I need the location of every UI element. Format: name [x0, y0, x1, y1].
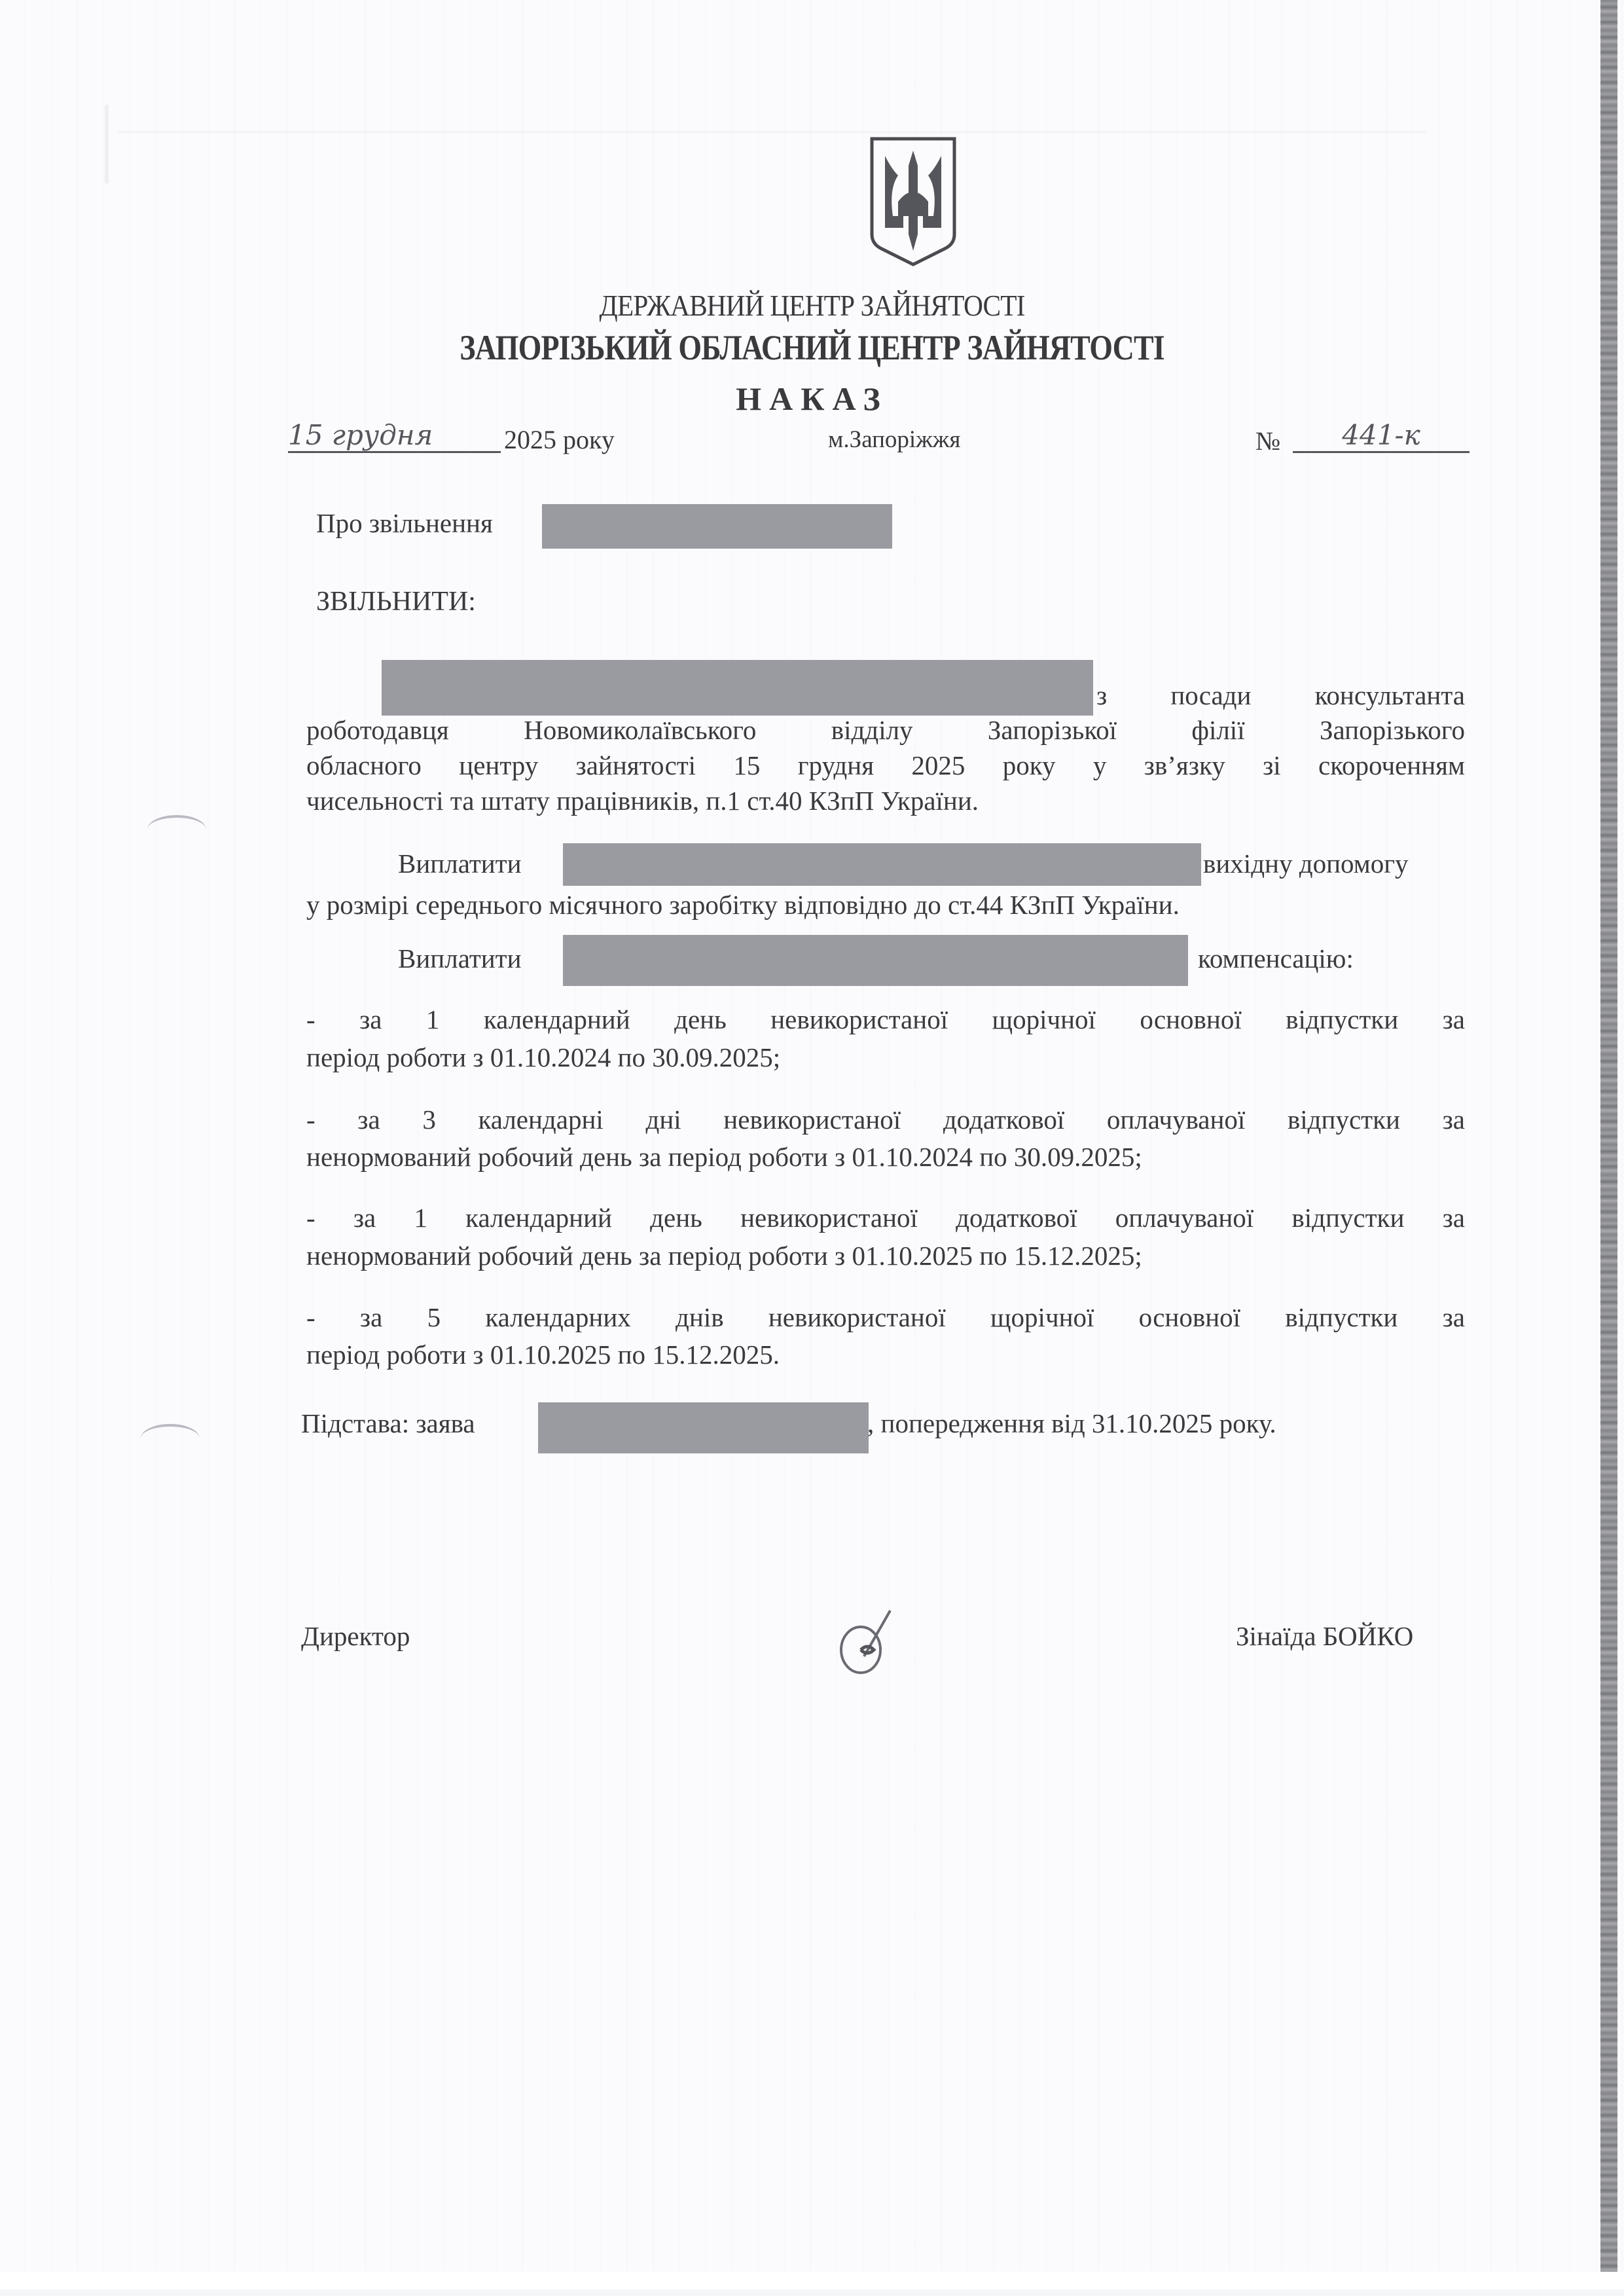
compensation-item-4-line-1: - за 5 календарних днів невикористаної щ… — [306, 1300, 1465, 1335]
basis-tail: , попередження від 31.10.2025 року. — [867, 1408, 1276, 1439]
punch-hole-mark — [147, 815, 206, 844]
signatory-name: Зінаїда БОЙКО — [1236, 1620, 1413, 1652]
signatory-position: Директор — [301, 1620, 410, 1652]
compensation-item-3-line-2: ненормований робочий день за період робо… — [306, 1238, 1465, 1273]
dismissal-line-2: роботодавця Новомиколаївського відділу З… — [306, 712, 1465, 748]
compensation-item-4-line-2: період роботи з 01.10.2025 по 15.12.2025… — [306, 1337, 1465, 1372]
number-label: № — [1255, 426, 1280, 456]
bleed-through-mark — [118, 131, 1427, 134]
dismissal-line-3: обласного центру зайнятості 15 грудня 20… — [306, 748, 1465, 783]
redacted-name — [563, 935, 1188, 986]
trident-emblem-icon — [869, 136, 957, 267]
basis-prefix: Підстава: заява — [301, 1408, 475, 1439]
compensation-prefix: Виплатити — [398, 943, 522, 974]
dismissal-line-4: чисельності та штату працівників, п.1 ст… — [306, 783, 1465, 818]
compensation-item-2-line-1: - за 3 календарні дні невикористаної дод… — [306, 1102, 1465, 1137]
redacted-name — [382, 660, 1093, 716]
subject-label: Про звільнення — [316, 507, 493, 539]
redacted-name — [538, 1402, 869, 1453]
dismissal-line-1: з посади консультанта — [1096, 678, 1465, 713]
compensation-tail: компенсацію: — [1198, 943, 1354, 974]
compensation-item-3-line-1: - за 1 календарний день невикористаної д… — [306, 1200, 1465, 1235]
date-year: 2025 року — [504, 424, 615, 455]
compensation-item-1-line-2: період роботи з 01.10.2024 по 30.09.2025… — [306, 1040, 1465, 1075]
redacted-name — [563, 843, 1201, 886]
redacted-name — [542, 504, 892, 549]
regional-center-title: ЗАПОРІЗЬКИЙ ОБЛАСНИЙ ЦЕНТР ЗАЙНЯТОСТІ — [122, 327, 1502, 368]
compensation-item-2-line-2: ненормований робочий день за період робо… — [306, 1139, 1465, 1175]
handwritten-signature-icon — [825, 1604, 916, 1683]
severance-prefix: Виплатити — [398, 848, 522, 879]
severance-tail: вихідну допомогу — [1203, 848, 1409, 879]
order-word: ЗВІЛЬНИТИ: — [316, 586, 476, 617]
page-bottom-margin — [0, 2272, 1624, 2289]
severance-line-2: у розмірі середнього місячного заробітку… — [306, 887, 1465, 922]
handwritten-date: 15 грудня — [288, 419, 501, 453]
agency-title: ДЕРЖАВНИЙ ЦЕНТР ЗАЙНЯТОСТІ — [81, 288, 1543, 323]
bleed-through-mark — [105, 105, 109, 183]
handwritten-order-number: 441-к — [1293, 419, 1470, 453]
punch-hole-mark — [141, 1424, 200, 1453]
city: м.Запоріжжя — [828, 426, 960, 454]
compensation-item-1-line-1: - за 1 календарний день невикористаної щ… — [306, 1002, 1465, 1037]
scan-edge-shadow — [1600, 0, 1617, 2272]
document-type: НАКАЗ — [0, 380, 1624, 418]
